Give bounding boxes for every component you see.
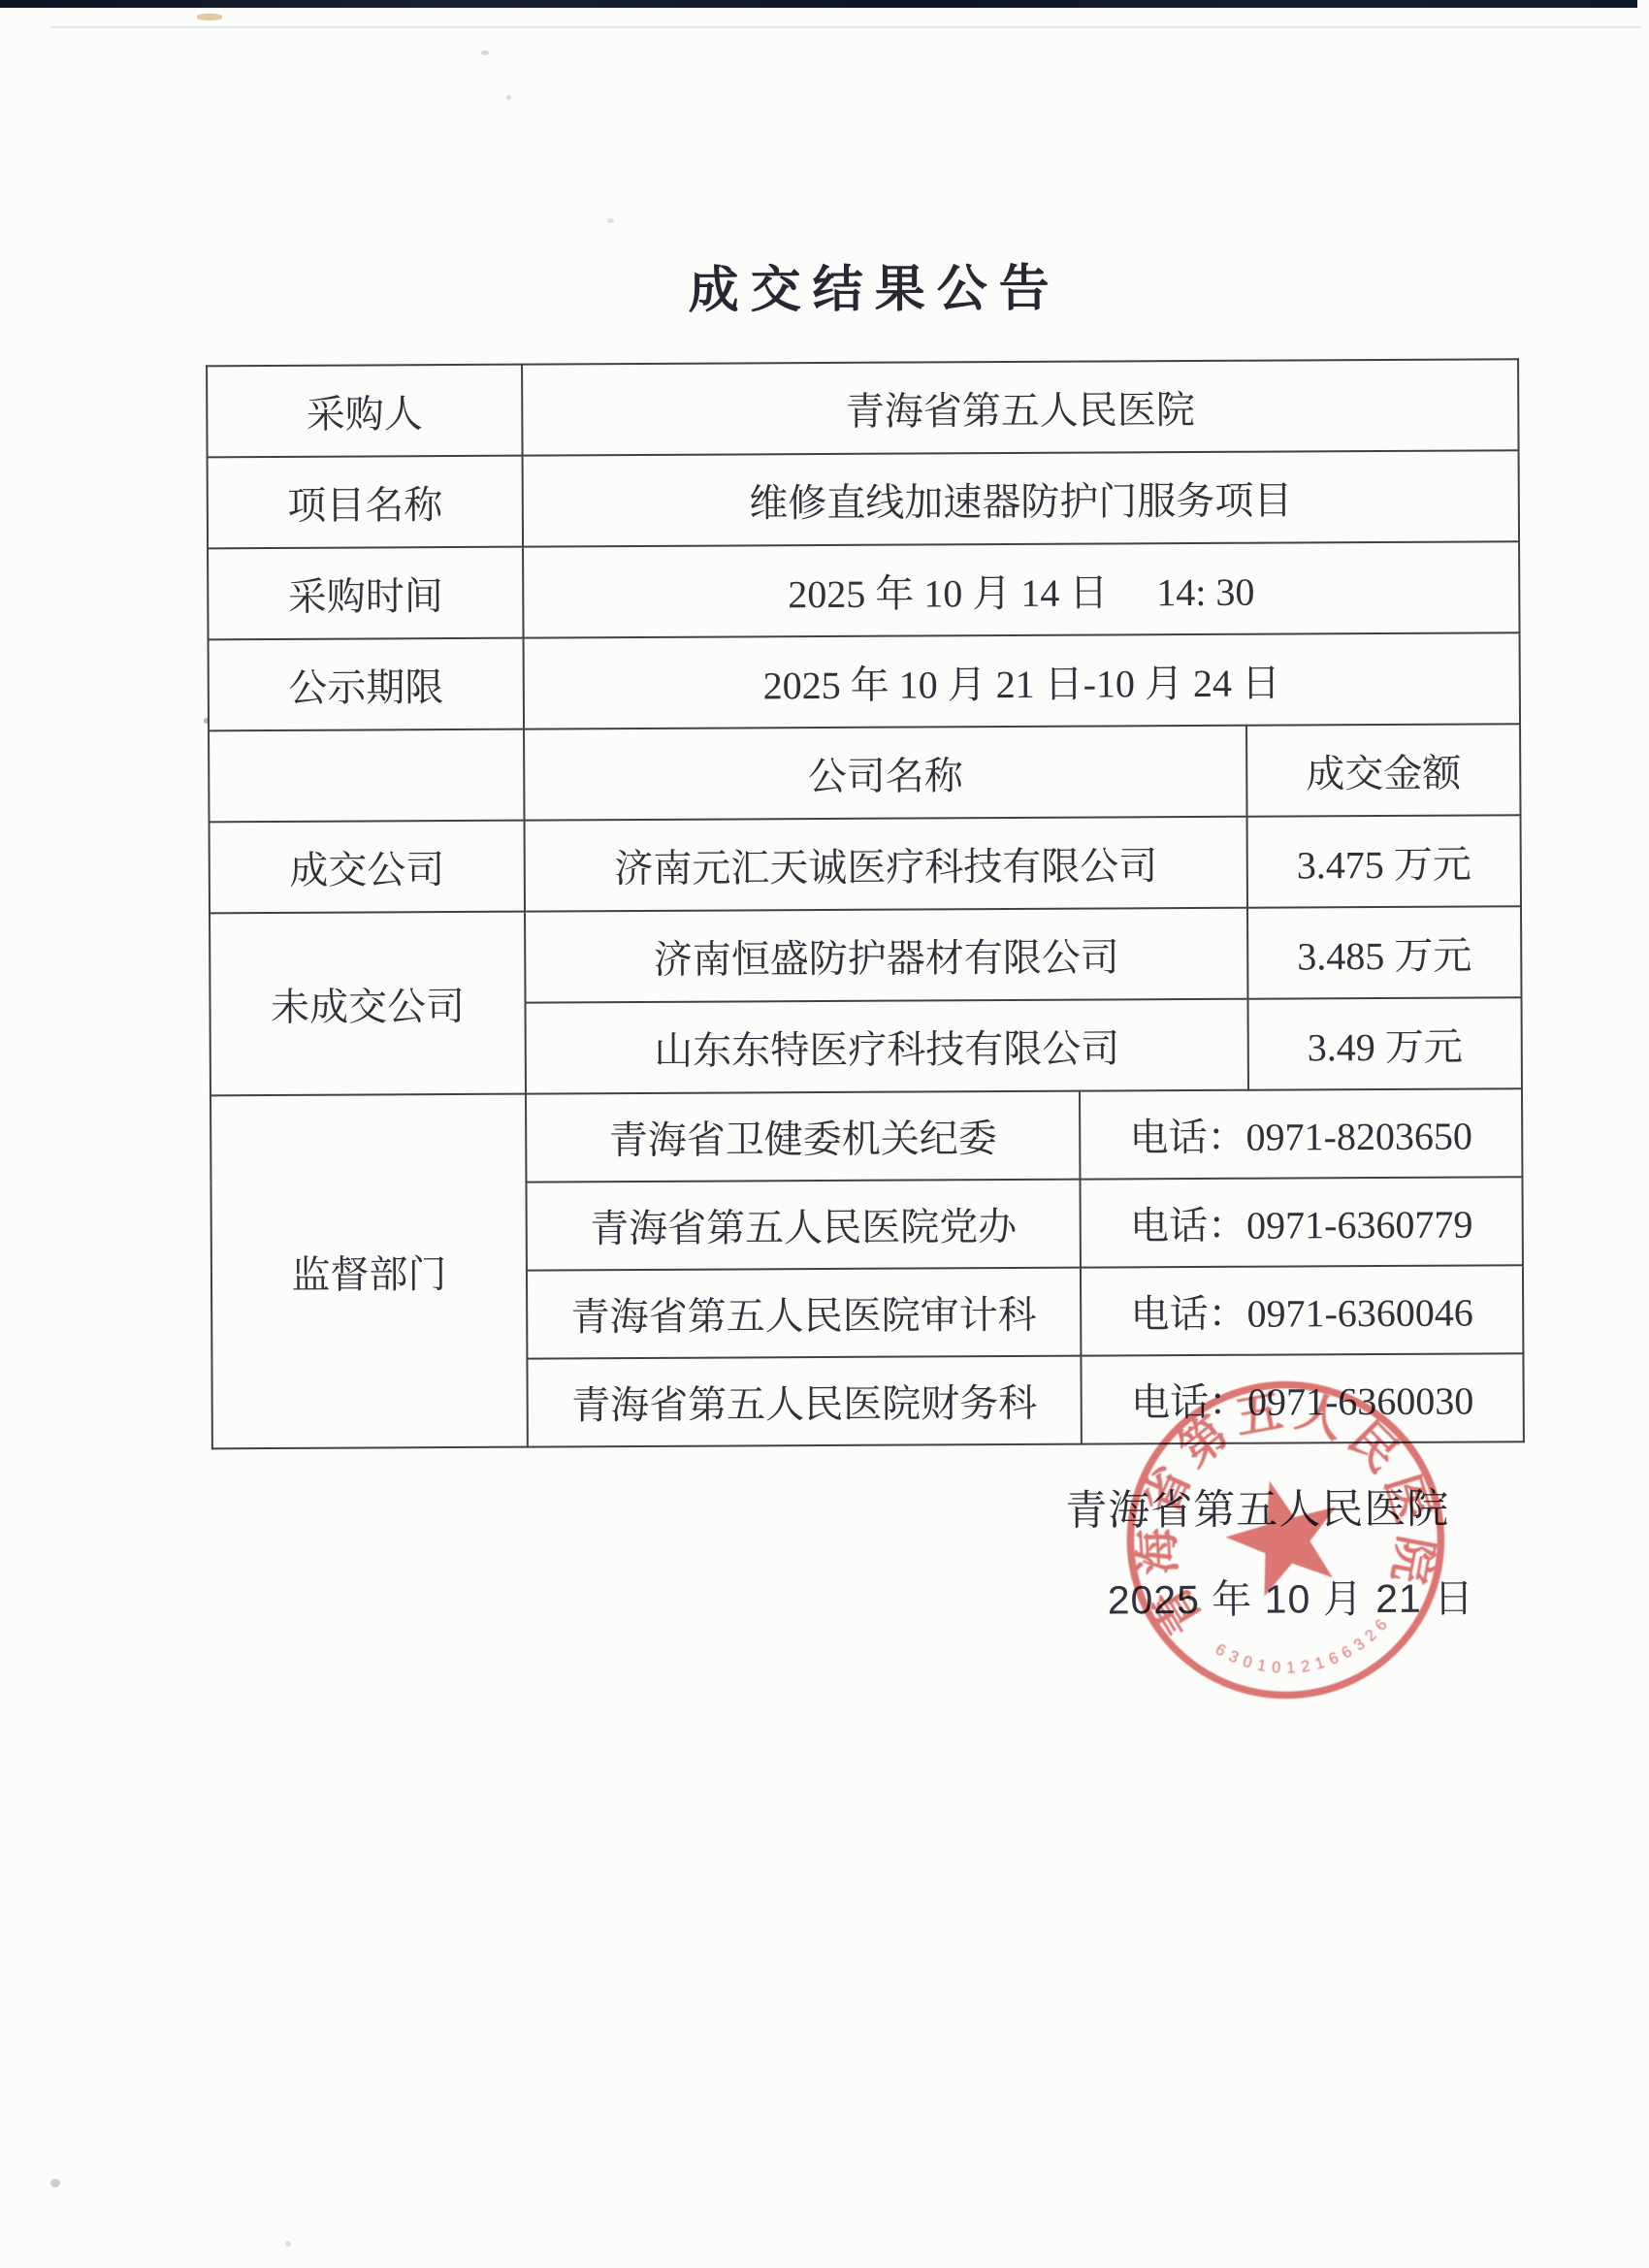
purchaser-label-cell: 采购人 [207, 365, 522, 458]
winner-label-cell: 成交公司 [210, 821, 525, 914]
scanned-document-page: 成交结果公告 采购人 青海省第五人民医院 项目名称 维修直线加速器防护门服务项目… [0, 0, 1649, 2268]
amount-header-cell: 成交金额 [1246, 724, 1521, 816]
table-row: 采购时间 2025 年 10 月 14 日 14: 30 [208, 541, 1520, 639]
supervision-phone-cell: 电话：0971-8203650 [1080, 1088, 1523, 1179]
announcement-table: 采购人 青海省第五人民医院 项目名称 维修直线加速器防护门服务项目 采购时间 2… [206, 358, 1525, 1449]
document-content: 成交结果公告 采购人 青海省第五人民医院 项目名称 维修直线加速器防护门服务项目… [0, 0, 1649, 2268]
project-name-value-cell: 维修直线加速器防护门服务项目 [523, 450, 1520, 546]
page-title: 成交结果公告 [205, 244, 1516, 324]
table-row: 公示期限 2025 年 10 月 21 日-10 月 24 日 [209, 632, 1521, 730]
purchaser-value-cell: 青海省第五人民医院 [522, 359, 1519, 455]
supervision-label-cell: 监督部门 [210, 1094, 528, 1449]
supervision-phone-cell: 电话：0971-6360046 [1081, 1265, 1524, 1355]
winner-company-cell: 济南元汇天诚医疗科技有限公司 [525, 817, 1247, 912]
supervision-row: 监督部门 青海省卫健委机关纪委 电话：0971-8203650 [210, 1088, 1522, 1183]
loser-company-cell: 山东东特医疗科技有限公司 [526, 999, 1248, 1094]
company-name-header-cell: 公司名称 [524, 726, 1246, 821]
loser-amount-cell: 3.485 万元 [1247, 906, 1522, 998]
losers-label-cell: 未成交公司 [210, 912, 526, 1096]
table-row: 项目名称 维修直线加速器防护门服务项目 [208, 450, 1520, 548]
supervision-dept-cell: 青海省卫健委机关纪委 [526, 1091, 1080, 1183]
table-row: 采购人 青海省第五人民医院 [207, 359, 1519, 457]
empty-header-cell [209, 729, 524, 823]
official-seal: 青海省第五人民医院 6301012166326 [1110, 1365, 1461, 1716]
star-icon [1214, 1466, 1354, 1602]
publicity-period-label-cell: 公示期限 [209, 638, 524, 731]
supervision-dept-cell: 青海省第五人民医院党办 [526, 1180, 1080, 1271]
project-name-label-cell: 项目名称 [208, 456, 523, 549]
purchase-time-value-cell: 2025 年 10 月 14 日 14: 30 [523, 541, 1520, 637]
loser-company-cell: 济南恒盛防护器材有限公司 [525, 908, 1247, 1003]
table-header-row: 公司名称 成交金额 [209, 724, 1521, 822]
supervision-dept-cell: 青海省第五人民医院财务科 [527, 1356, 1081, 1447]
supervision-phone-cell: 电话：0971-6360779 [1080, 1177, 1523, 1267]
loser-row: 未成交公司 济南恒盛防护器材有限公司 3.485 万元 [210, 906, 1522, 1004]
supervision-dept-cell: 青海省第五人民医院审计科 [527, 1268, 1081, 1359]
purchase-time-label-cell: 采购时间 [208, 547, 523, 640]
winner-row: 成交公司 济南元汇天诚医疗科技有限公司 3.475 万元 [210, 815, 1522, 913]
publicity-period-value-cell: 2025 年 10 月 21 日-10 月 24 日 [524, 632, 1521, 729]
winner-amount-cell: 3.475 万元 [1247, 815, 1522, 907]
seal-serial: 6301012166326 [1211, 1609, 1402, 1691]
loser-amount-cell: 3.49 万元 [1248, 997, 1523, 1089]
